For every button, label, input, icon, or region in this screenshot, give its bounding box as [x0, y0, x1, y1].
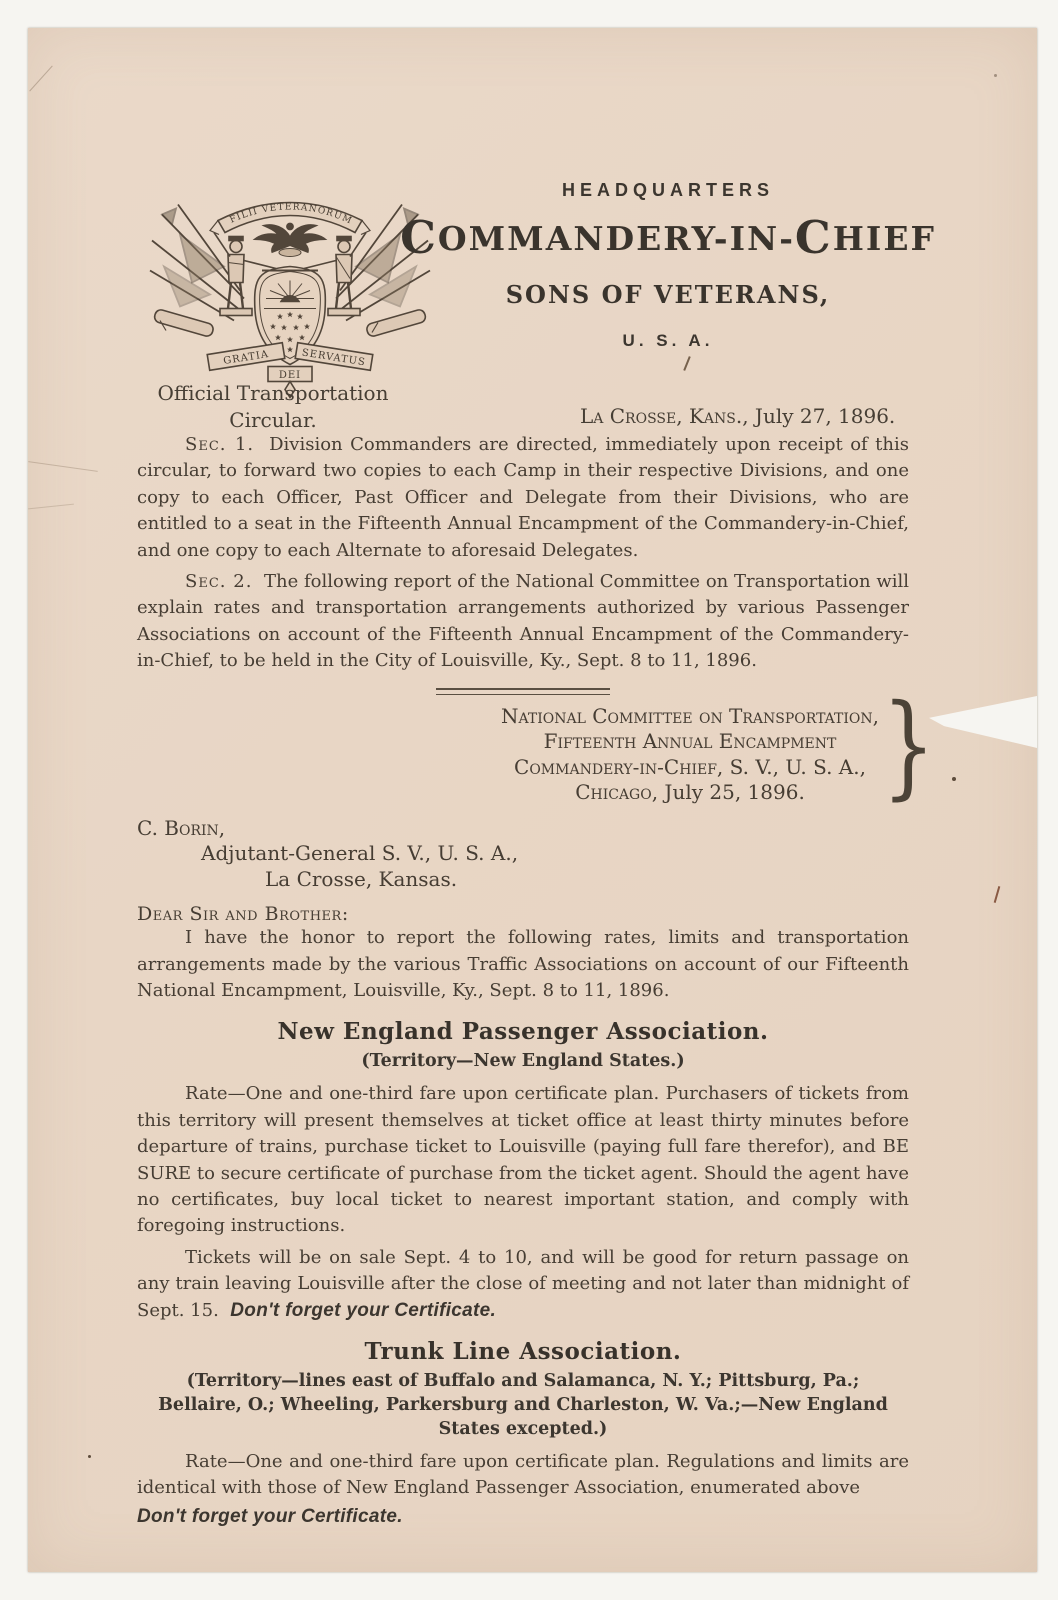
circular-caption: Official Transportation Circular.	[108, 380, 438, 434]
commandery-title: COMMANDERY-IN-CHIEF	[378, 219, 958, 258]
committee-line1: National Committee on Transportation,	[455, 704, 925, 730]
corner-crease	[29, 66, 52, 92]
trunk-line-rate-paragraph: Rate—One and one-third fare upon certifi…	[137, 1449, 909, 1530]
trunk-line-heading: Trunk Line Association.	[137, 1338, 909, 1365]
edge-crease	[28, 461, 97, 472]
pen-mark	[994, 886, 1001, 903]
headquarters-line: HEADQUARTERS	[378, 180, 958, 201]
section-1-paragraph: Sec. 1. Division Commanders are directed…	[137, 432, 909, 564]
section-2-paragraph: Sec. 2. The following report of the Nati…	[137, 569, 909, 675]
new-england-territory: (Territory—New England States.)	[143, 1049, 903, 1073]
new-england-rate-paragraph: Rate—One and one-third fare upon certifi…	[137, 1081, 909, 1239]
committee-signature-block: National Committee on Transportation, Fi…	[137, 704, 909, 812]
committee-line3: Commandery-in-Chief, S. V., U. S. A.,	[455, 755, 925, 781]
caption-line2: Circular.	[108, 407, 438, 434]
masthead: HEADQUARTERS COMMANDERY-IN-CHIEF SONS OF…	[378, 180, 958, 351]
scan-background: { "colors":{"paper":"#e8d6c5","ink":"#46…	[0, 0, 1058, 1600]
certificate-reminder: Don't forget your Certificate.	[230, 1300, 496, 1321]
ink-speck	[994, 74, 997, 77]
ink-speck	[88, 1455, 91, 1458]
salutation: Dear Sir and Brother:	[137, 903, 909, 925]
committee-line2: Fifteenth Annual Encampment	[455, 729, 925, 755]
trunk-line-territory: (Territory—lines east of Buffalo and Sal…	[143, 1369, 903, 1441]
sons-of-veterans-line: SONS OF VETERANS,	[378, 280, 958, 309]
dateline: La Crosse, Kans., July 27, 1896.	[580, 404, 895, 428]
caption-line1: Official Transportation	[108, 380, 438, 407]
new-england-heading: New England Passenger Association.	[137, 1018, 909, 1045]
intro-paragraph: I have the honor to report the following…	[137, 925, 909, 1004]
paper-tear	[929, 696, 1037, 748]
pen-mark	[683, 356, 690, 371]
addressee-name: C. Borin,	[137, 816, 909, 842]
edge-crease	[28, 504, 74, 510]
committee-line4: Chicago, July 25, 1896.	[455, 780, 925, 806]
addressee-place: La Crosse, Kansas.	[137, 867, 909, 893]
certificate-reminder: Don't forget your Certificate.	[137, 1504, 909, 1530]
ink-speck	[952, 777, 956, 781]
eagle-icon	[254, 223, 326, 256]
scanned-letter-page: FILII VETERANORUM GRATIA SERVATUS DEI HE…	[28, 28, 1037, 1572]
usa-line: U. S. A.	[378, 331, 958, 351]
addressee-block: C. Borin, Adjutant-General S. V., U. S. …	[137, 816, 909, 893]
addressee-title: Adjutant-General S. V., U. S. A.,	[137, 841, 909, 867]
new-england-tickets-paragraph: Tickets will be on sale Sept. 4 to 10, a…	[137, 1245, 909, 1324]
letter-body: Sec. 1. Division Commanders are directed…	[137, 432, 909, 1535]
committee-brace: }	[882, 692, 935, 800]
section-divider	[436, 688, 610, 695]
